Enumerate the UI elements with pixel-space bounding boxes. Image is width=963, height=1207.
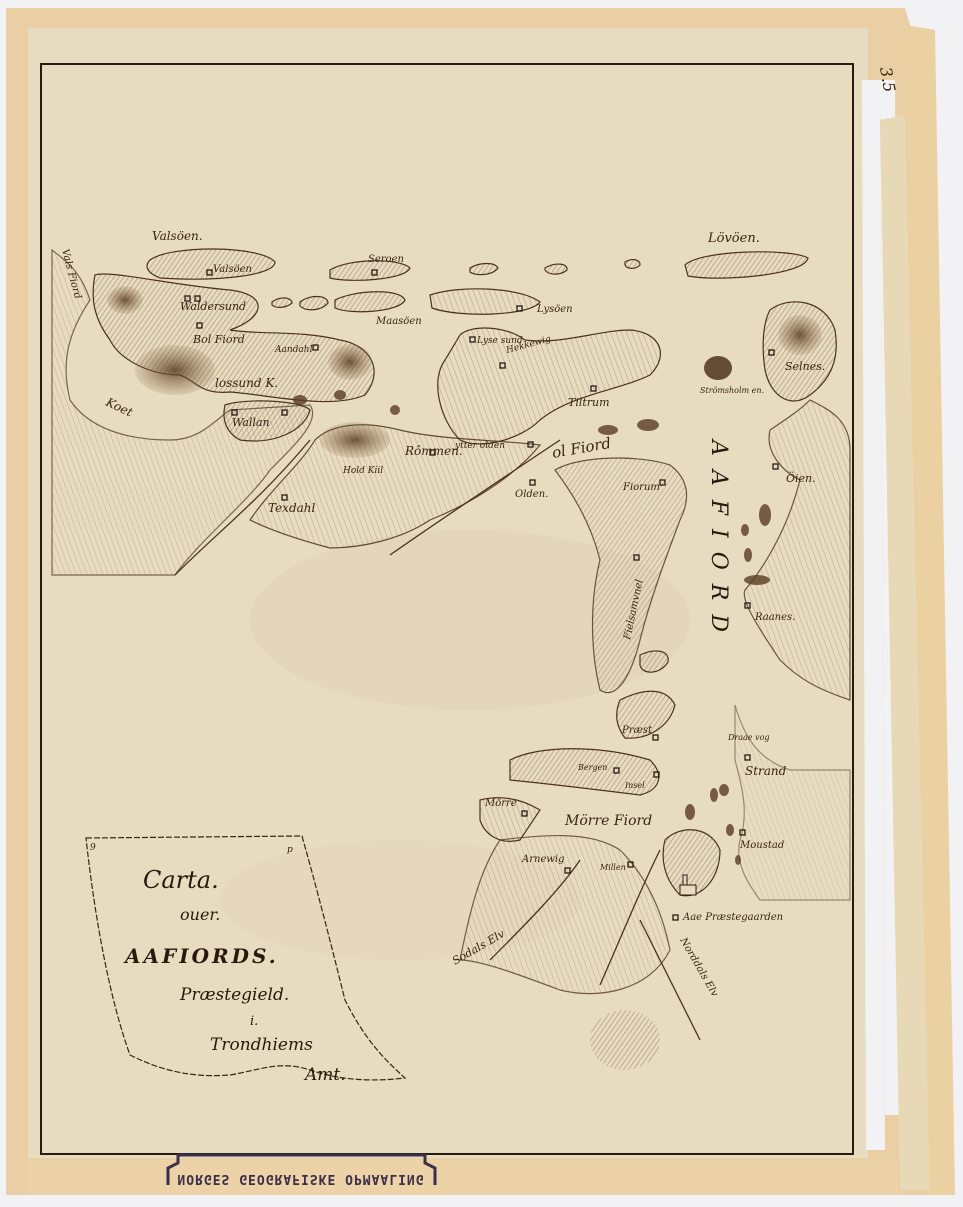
- label-raanes: Raanes.: [754, 612, 795, 623]
- label-rommen: Rômmen.: [404, 444, 463, 458]
- label-waldersund: Waldersund: [180, 300, 246, 313]
- label-aafiord-vertical: AAFIORD: [706, 438, 731, 646]
- label-bergen: Bergen: [577, 763, 607, 772]
- label-selnes: Selnes.: [785, 360, 825, 373]
- cartouche-line2: ouer.: [180, 905, 220, 924]
- label-maasoen: Maasöen: [375, 316, 422, 327]
- map-canvas: 3.5: [0, 0, 963, 1207]
- label-texdahl: Texdahl: [268, 501, 316, 515]
- label-praest: Præst: [621, 725, 653, 736]
- label-insel: Insel: [624, 781, 645, 790]
- label-lossund: lossund K.: [215, 376, 278, 390]
- label-valsoen: Valsöen.: [152, 229, 203, 243]
- label-stromsholmen: Strömsholm en.: [700, 386, 764, 395]
- cartouche-line3: AAFIORDS.: [123, 944, 279, 968]
- scanned-map-sheet: 3.5: [0, 0, 963, 1207]
- label-aandahl: Aandahl: [274, 345, 313, 355]
- label-aae: Aae Præstegaarden: [682, 912, 783, 923]
- label-arnewig: Arnewig: [521, 854, 565, 865]
- cartouche-line5: i.: [250, 1014, 258, 1029]
- cartouche-corner-left: 9: [90, 843, 96, 853]
- cartouche-corner-right: p: [287, 845, 293, 855]
- cartouche-line6: Trondhiems: [210, 1035, 313, 1055]
- label-draaevog: Draae vog: [727, 733, 770, 742]
- label-bolfiord: Bol Fiord: [192, 333, 245, 346]
- cartouche-line1: Carta.: [143, 866, 219, 894]
- label-seroen: Seroen: [368, 254, 404, 265]
- label-morre: Mörre: [484, 798, 517, 809]
- label-wallan: Wallan: [232, 416, 270, 429]
- label-tiltrum: Tiltrum: [568, 396, 610, 409]
- label-fiorum: Fiorum: [622, 482, 660, 493]
- label-strand: Strand: [745, 764, 787, 778]
- label-ytterolden: ytter olden: [454, 441, 505, 451]
- label-morre-fiord: Mörre Fiord: [564, 813, 652, 829]
- label-millen: Millen: [599, 863, 626, 872]
- label-moustad: Moustad: [739, 840, 784, 851]
- stamp-text: NORGES GEOGRAFISKE OPMAALING: [177, 1171, 424, 1186]
- label-olden: Olden.: [515, 489, 548, 500]
- label-holdkiil: Hold Kiil: [342, 466, 383, 476]
- label-lysoen: Lysöen: [536, 304, 573, 315]
- cartouche-line7: Amt.: [303, 1065, 346, 1085]
- label-valsoen-farm: Valsöen: [213, 264, 252, 275]
- label-oien: Öien.: [786, 471, 816, 485]
- cartouche-line4: Præstegield.: [179, 985, 289, 1005]
- label-lovoen: Lövöen.: [707, 231, 760, 246]
